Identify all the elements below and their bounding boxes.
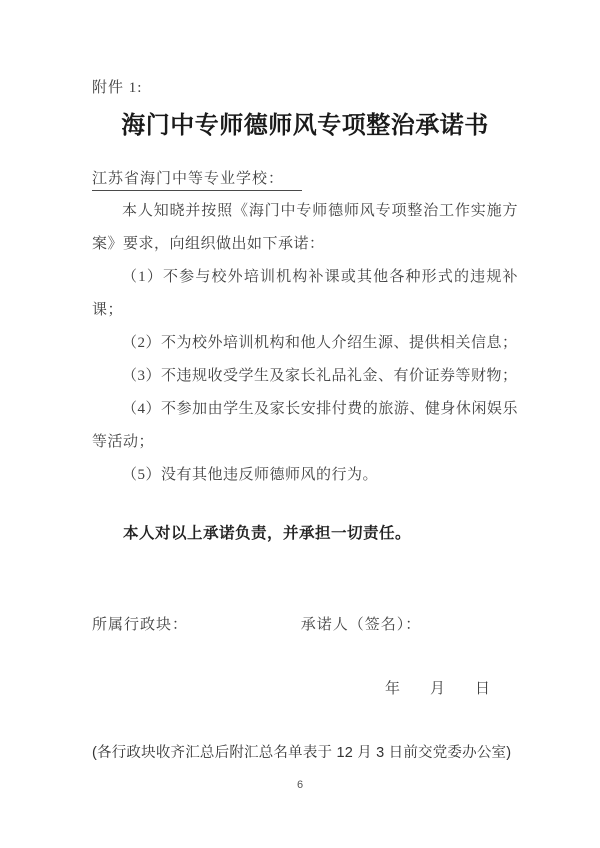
commitment-item-1: （1）不参与校外培训机构补课或其他各种形式的违规补课； [92, 261, 518, 327]
date-line: 年 月 日 [385, 678, 518, 700]
signature-row: 所属行政块： 承诺人（签名）： [92, 614, 518, 636]
recipient-name: 江苏省海门中等专业学校： [92, 168, 302, 191]
commitment-item-4: （4）不参加由学生及家长安排付费的旅游、健身休闲娱乐等活动； [92, 393, 518, 459]
recipient-line: 江苏省海门中等专业学校： [92, 168, 518, 191]
footer-note: (各行政块收齐汇总后附汇总名单表于 12 月 3 日前交党委办公室) [92, 742, 518, 764]
responsibility-statement: 本人对以上承诺负责，并承担一切责任。 [92, 518, 518, 550]
signer-label: 承诺人（签名）： [301, 617, 422, 633]
intro-paragraph: 本人知晓并按照《海门中专师德师风专项整治工作实施方案》要求，向组织做出如下承诺： [92, 195, 518, 261]
attachment-label: 附件 1: [92, 78, 518, 98]
admin-block-label: 所属行政块： [92, 617, 188, 633]
document-body: 本人知晓并按照《海门中专师德师风专项整治工作实施方案》要求，向组织做出如下承诺：… [92, 195, 518, 492]
document-title: 海门中专师德师风专项整治承诺书 [92, 108, 518, 144]
document-page: 附件 1: 海门中专师德师风专项整治承诺书 江苏省海门中等专业学校： 本人知晓并… [0, 0, 600, 848]
page-number: 6 [0, 779, 600, 791]
commitment-item-2: （2）不为校外培训机构和他人介绍生源、提供相关信息； [92, 327, 518, 360]
commitment-item-3: （3）不违规收受学生及家长礼品礼金、有价证券等财物； [92, 360, 518, 393]
commitment-item-5: （5）没有其他违反师德师风的行为。 [92, 459, 518, 492]
